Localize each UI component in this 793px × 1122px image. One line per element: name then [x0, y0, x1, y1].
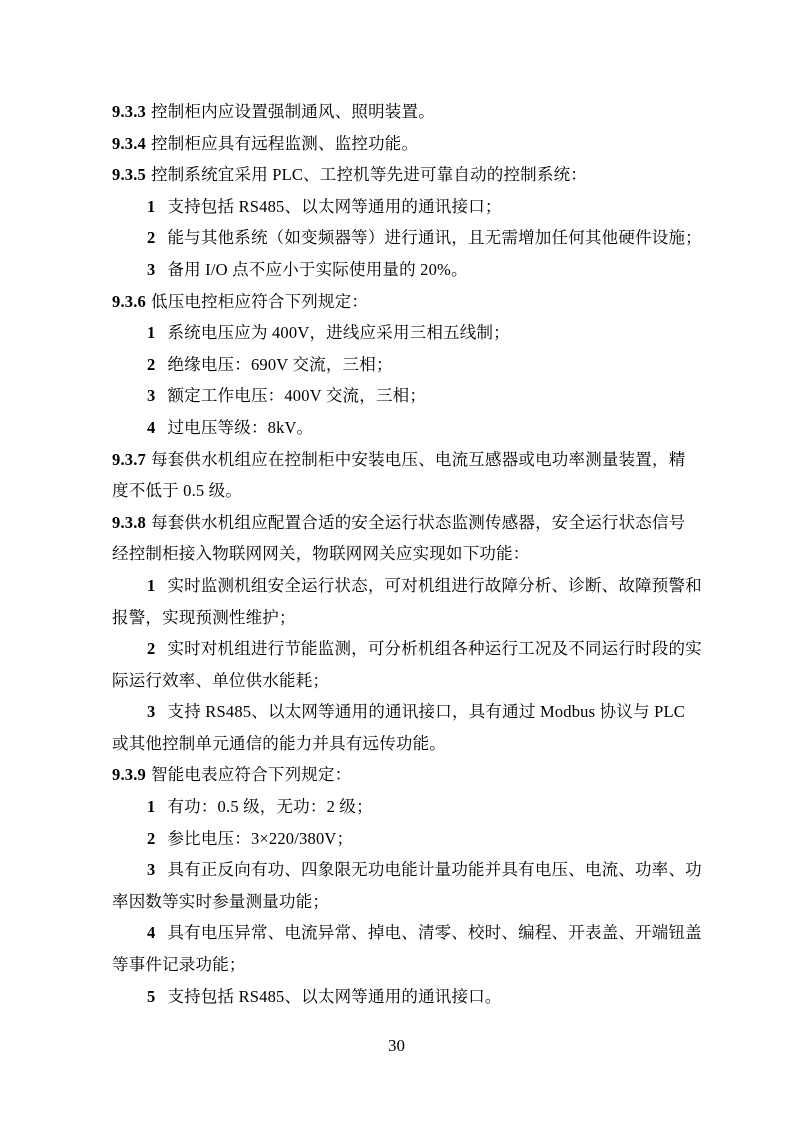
item-line: 2参比电压：3×220/380V； — [112, 823, 685, 855]
item-number: 1 — [147, 197, 155, 216]
item-line: 3具有正反向有功、四象限无功电能计量功能并具有电压、电流、功率、功 — [112, 854, 685, 886]
line-text: 具有正反向有功、四象限无功电能计量功能并具有电压、电流、功率、功 — [167, 860, 701, 879]
continuation-line: 度不低于 0.5 级。 — [112, 475, 685, 507]
line-text: 度不低于 0.5 级。 — [112, 481, 242, 500]
line-text: 低压电控柜应符合下列规定： — [151, 292, 368, 311]
clause-number: 9.3.4 — [112, 134, 146, 153]
line-text: 每套供水机组应配置合适的安全运行状态监测传感器，安全运行状态信号 — [151, 513, 685, 532]
line-text: 系统电压应为 400V，进线应采用三相五线制； — [167, 323, 509, 342]
clause-line: 9.3.3控制柜内应设置强制通风、照明装置。 — [112, 96, 685, 128]
line-text: 实时监测机组安全运行状态，可对机组进行故障分析、诊断、故障预警和 — [167, 576, 701, 595]
line-text: 过电压等级：8kV。 — [167, 418, 313, 437]
page-footer: 30 — [0, 1036, 793, 1056]
item-line: 1实时监测机组安全运行状态，可对机组进行故障分析、诊断、故障预警和 — [112, 570, 685, 602]
line-text: 等事件记录功能； — [112, 955, 246, 974]
line-text: 每套供水机组应在控制柜中安装电压、电流互感器或电功率测量装置，精 — [151, 450, 685, 469]
line-text: 支持 RS485、以太网等通用的通讯接口，具有通过 Modbus 协议与 PLC — [167, 702, 685, 721]
line-text: 绝缘电压：690V 交流，三相； — [167, 355, 392, 374]
item-number: 3 — [147, 260, 155, 279]
line-text: 报警，实现预测性维护； — [112, 608, 296, 627]
item-number: 5 — [147, 987, 155, 1006]
item-number: 1 — [147, 797, 155, 816]
item-line: 5支持包括 RS485、以太网等通用的通讯接口。 — [112, 981, 685, 1013]
line-text: 参比电压：3×220/380V； — [167, 829, 353, 848]
line-text: 控制柜应具有远程监测、监控功能。 — [151, 134, 418, 153]
line-text: 控制柜内应设置强制通风、照明装置。 — [151, 102, 435, 121]
line-text: 率因数等实时参量测量功能； — [112, 892, 329, 911]
item-line: 3额定工作电压：400V 交流，三相； — [112, 380, 685, 412]
line-text: 具有电压异常、电流异常、掉电、清零、校时、编程、开表盖、开端钮盖 — [167, 923, 701, 942]
clause-number: 9.3.6 — [112, 292, 146, 311]
clause-number: 9.3.9 — [112, 765, 146, 784]
item-number: 4 — [147, 418, 155, 437]
clause-number: 9.3.3 — [112, 102, 146, 121]
line-text: 经控制柜接入物联网网关，物联网网关应实现如下功能： — [112, 544, 530, 563]
line-text: 际运行效率、单位供水能耗； — [112, 671, 329, 690]
line-text: 支持包括 RS485、以太网等通用的通讯接口； — [167, 197, 501, 216]
clause-number: 9.3.5 — [112, 165, 146, 184]
continuation-line: 率因数等实时参量测量功能； — [112, 886, 685, 918]
item-line: 3备用 I/O 点不应小于实际使用量的 20%。 — [112, 254, 685, 286]
continuation-line: 等事件记录功能； — [112, 949, 685, 981]
clause-line: 9.3.8每套供水机组应配置合适的安全运行状态监测传感器，安全运行状态信号 — [112, 507, 685, 539]
clause-number: 9.3.7 — [112, 450, 146, 469]
line-text: 支持包括 RS485、以太网等通用的通讯接口。 — [167, 987, 501, 1006]
item-line: 1有功：0.5 级，无功：2 级； — [112, 791, 685, 823]
document-body: 9.3.3控制柜内应设置强制通风、照明装置。9.3.4控制柜应具有远程监测、监控… — [112, 96, 685, 1012]
item-number: 2 — [147, 829, 155, 848]
clause-number: 9.3.8 — [112, 513, 146, 532]
line-text: 智能电表应符合下列规定： — [151, 765, 351, 784]
continuation-line: 或其他控制单元通信的能力并具有远传功能。 — [112, 728, 685, 760]
page-number: 30 — [388, 1036, 405, 1055]
line-text: 有功：0.5 级，无功：2 级； — [167, 797, 372, 816]
document-page: 9.3.3控制柜内应设置强制通风、照明装置。9.3.4控制柜应具有远程监测、监控… — [0, 0, 793, 1122]
line-text: 额定工作电压：400V 交流，三相； — [167, 386, 426, 405]
line-text: 备用 I/O 点不应小于实际使用量的 20%。 — [167, 260, 467, 279]
item-number: 4 — [147, 923, 155, 942]
item-number: 2 — [147, 355, 155, 374]
item-line: 4具有电压异常、电流异常、掉电、清零、校时、编程、开表盖、开端钮盖 — [112, 917, 685, 949]
item-line: 4过电压等级：8kV。 — [112, 412, 685, 444]
clause-line: 9.3.4控制柜应具有远程监测、监控功能。 — [112, 128, 685, 160]
item-line: 2能与其他系统（如变频器等）进行通讯，且无需增加任何其他硬件设施； — [112, 222, 685, 254]
line-text: 实时对机组进行节能监测，可分析机组各种运行工况及不同运行时段的实 — [167, 639, 701, 658]
item-line: 2绝缘电压：690V 交流，三相； — [112, 349, 685, 381]
clause-line: 9.3.6低压电控柜应符合下列规定： — [112, 286, 685, 318]
item-number: 1 — [147, 576, 155, 595]
line-text: 控制系统宜采用 PLC、工控机等先进可靠自动的控制系统： — [151, 165, 587, 184]
item-line: 2实时对机组进行节能监测，可分析机组各种运行工况及不同运行时段的实 — [112, 633, 685, 665]
continuation-line: 际运行效率、单位供水能耗； — [112, 665, 685, 697]
continuation-line: 经控制柜接入物联网网关，物联网网关应实现如下功能： — [112, 538, 685, 570]
item-number: 3 — [147, 860, 155, 879]
item-number: 1 — [147, 323, 155, 342]
item-line: 1系统电压应为 400V，进线应采用三相五线制； — [112, 317, 685, 349]
line-text: 或其他控制单元通信的能力并具有远传功能。 — [112, 734, 446, 753]
clause-line: 9.3.9智能电表应符合下列规定： — [112, 759, 685, 791]
item-number: 2 — [147, 228, 155, 247]
clause-line: 9.3.5控制系统宜采用 PLC、工控机等先进可靠自动的控制系统： — [112, 159, 685, 191]
clause-line: 9.3.7每套供水机组应在控制柜中安装电压、电流互感器或电功率测量装置，精 — [112, 444, 685, 476]
item-line: 1支持包括 RS485、以太网等通用的通讯接口； — [112, 191, 685, 223]
item-number: 3 — [147, 702, 155, 721]
item-line: 3支持 RS485、以太网等通用的通讯接口，具有通过 Modbus 协议与 PL… — [112, 696, 685, 728]
line-text: 能与其他系统（如变频器等）进行通讯，且无需增加任何其他硬件设施； — [167, 228, 701, 247]
item-number: 2 — [147, 639, 155, 658]
item-number: 3 — [147, 386, 155, 405]
continuation-line: 报警，实现预测性维护； — [112, 602, 685, 634]
